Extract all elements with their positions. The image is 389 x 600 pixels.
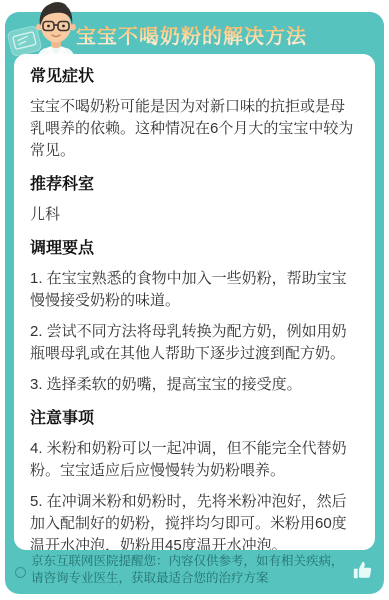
section-heading-care-points: 调理要点 [30,238,359,260]
care-point-1: 1. 在宝宝熟悉的食物中加入一些奶粉，帮助宝宝慢慢接受奶粉的味道。 [30,268,359,312]
info-icon [15,567,26,578]
page-title: 宝宝不喝奶粉的解决方法 [76,20,307,49]
section-heading-symptoms: 常见症状 [30,66,359,88]
symptoms-paragraph: 宝宝不喝奶粉可能是因为对新口味的抗拒或是母乳喂养的依赖。这种情况在6个月大的宝宝… [30,96,359,162]
precaution-5: 5. 在冲调米粉和奶粉时，先将米粉冲泡好，然后加入配制好的奶粉，搅拌均匀即可。米… [30,491,359,550]
disclaimer-footer: 京东互联网医院提醒您：内容仅供参考，如有相关疾病，请咨询专业医生，获取最适合您的… [5,550,384,594]
card-header: 宝宝不喝奶粉的解决方法 [5,12,384,56]
section-heading-department: 推荐科室 [30,174,359,196]
thumbs-up-icon[interactable] [352,559,374,581]
precaution-4: 4. 米粉和奶粉可以一起冲调，但不能完全代替奶粉。宝宝适应后应慢慢转为奶粉喂养。 [30,438,359,482]
disclaimer-text: 京东互联网医院提醒您：内容仅供参考，如有相关疾病，请咨询专业医生，获取最适合您的… [31,553,348,587]
section-heading-precautions: 注意事项 [30,408,359,430]
department-value: 儿科 [30,204,359,226]
care-point-3: 3. 选择柔软的奶嘴，提高宝宝的接受度。 [30,374,359,396]
care-point-2: 2. 尝试不同方法将母乳转换为配方奶，例如用奶瓶喂母乳或在其他人帮助下逐步过渡到… [30,321,359,365]
article-card: 常见症状 宝宝不喝奶粉可能是因为对新口味的抗拒或是母乳喂养的依赖。这种情况在6个… [14,54,375,550]
content-card: 宝宝不喝奶粉的解决方法 常见症状 宝宝不喝奶粉可能是因为对新口味的抗拒或是母乳喂… [5,12,384,594]
